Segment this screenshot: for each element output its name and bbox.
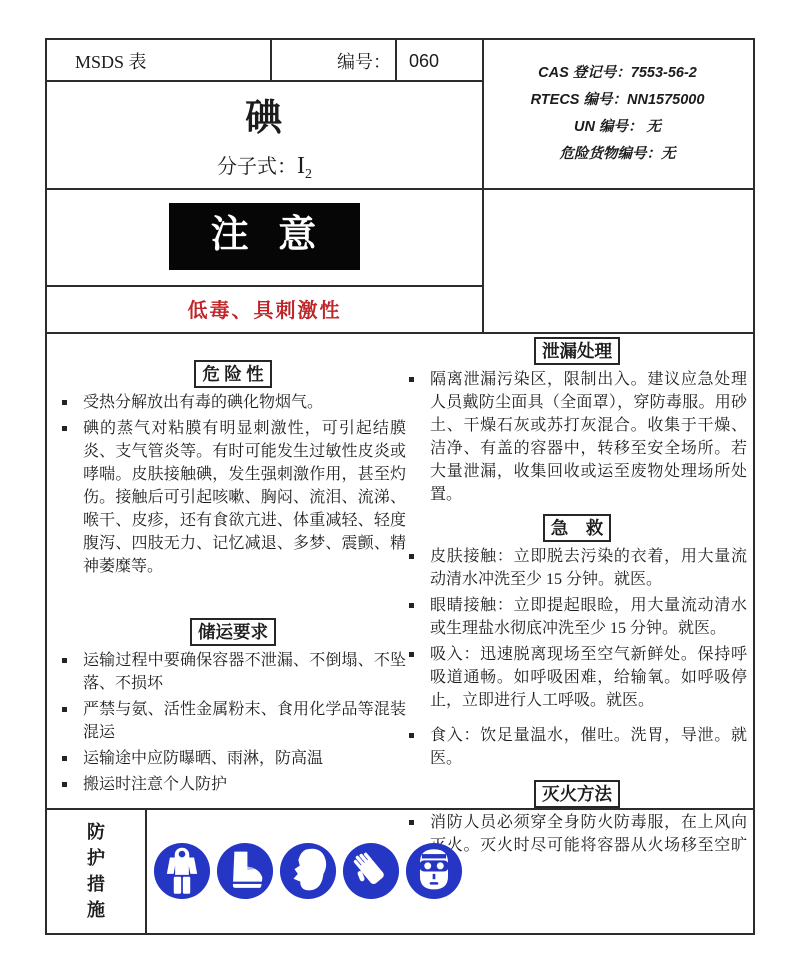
list-item: 碘的蒸气对粘膜有明显刺激性，可引起结膜炎、支气管炎等。有时可能发生过敏性皮炎或哮… [60, 417, 406, 578]
protection-label-cell: 防护措施 [47, 808, 145, 933]
list-item: 食入：饮足量温水，催吐。洗胃，导泄。就医。 [407, 724, 747, 770]
rtecs-number-line: RTECS 编号：NN1575000 [531, 87, 705, 114]
face-protection-icon [279, 842, 337, 900]
list-item: 皮肤接触：立即脱去污染的衣着，用大量流动清水冲洗至少 15 分钟。就医。 [407, 545, 747, 591]
content-area: 危 险 性 受热分解放出有毒的碘化物烟气。 碘的蒸气对粘膜有明显刺激性，可引起结… [47, 334, 753, 808]
safety-boots-icon [216, 842, 274, 900]
divider [47, 188, 753, 190]
hazard-note-cell: 低毒、具刺激性 [47, 285, 482, 332]
msds-title-cell: MSDS 表 [47, 40, 270, 82]
formula-symbol: I [297, 153, 305, 179]
registry-block: CAS 登记号：7553-56-2 RTECS 编号：NN1575000 UN … [482, 40, 753, 188]
formula-label: 分子式： [217, 156, 297, 178]
storage-section-header-wrap: 储运要求 [60, 618, 406, 646]
caution-banner: 注 意 [169, 203, 361, 271]
molecular-formula: 分子式：I2 [217, 150, 312, 183]
un-number-line: UN 编号： 无 [574, 114, 661, 141]
divider [270, 40, 272, 82]
first-aid-section-header: 急 救 [543, 514, 612, 542]
goggles-icon [405, 842, 463, 900]
chemical-name: 碘 [245, 87, 284, 141]
msds-sheet-page: MSDS 表 编号： 060 CAS 登记号：7553-56-2 RTECS 编… [0, 0, 799, 966]
divider [482, 40, 484, 334]
list-item: 受热分解放出有毒的碘化物烟气。 [60, 391, 406, 414]
divider [47, 808, 753, 810]
caution-cell: 注 意 [47, 188, 482, 285]
list-item: 严禁与氨、活性金属粉末、食用化学品等混装混运 [60, 698, 406, 744]
serial-value-cell: 060 [395, 40, 482, 82]
hazard-note: 低毒、具刺激性 [188, 294, 342, 323]
list-item: 搬运时注意个人防护 [60, 773, 406, 796]
serial-value: 060 [409, 51, 439, 72]
protection-label: 防护措施 [85, 819, 107, 923]
first-aid-section-header-wrap: 急 救 [407, 514, 747, 542]
leak-section-header: 泄漏处理 [534, 337, 620, 365]
formula-subscript: 2 [305, 167, 312, 182]
hazards-section-header: 危 险 性 [194, 360, 271, 388]
storage-section-header: 储运要求 [190, 618, 276, 646]
fire-section-header: 灭火方法 [534, 780, 620, 808]
fire-section-header-wrap: 灭火方法 [407, 780, 747, 808]
list-item: 吸入：迅速脱离现场至空气新鲜处。保持呼吸道通畅。如呼吸困难，给输氧。如呼吸停止，… [407, 643, 747, 712]
msds-table: MSDS 表 编号： 060 CAS 登记号：7553-56-2 RTECS 编… [45, 38, 755, 935]
list-item: 运输途中应防曝晒、雨淋，防高温 [60, 747, 406, 770]
divider [47, 332, 753, 334]
divider [47, 80, 482, 82]
list-item: 隔离泄漏污染区，限制出入。建议应急处理人员戴防尘面具（全面罩），穿防毒服。用砂土… [407, 368, 747, 506]
msds-label: MSDS 表 [75, 48, 147, 74]
gloves-icon [342, 842, 400, 900]
divider [395, 40, 397, 82]
serial-label: 编号： [337, 48, 391, 74]
leak-section-header-wrap: 泄漏处理 [407, 337, 747, 365]
divider [47, 285, 482, 287]
protective-suit-icon [153, 842, 211, 900]
protection-icons-cell [145, 808, 753, 933]
divider [145, 808, 147, 933]
list-item: 运输过程中要确保容器不泄漏、不倒塌、不坠落、不损坏 [60, 649, 406, 695]
right-column: 泄漏处理 隔离泄漏污染区，限制出入。建议应急处理人员戴防尘面具（全面罩），穿防毒… [407, 334, 747, 883]
left-column: 危 险 性 受热分解放出有毒的碘化物烟气。 碘的蒸气对粘膜有明显刺激性，可引起结… [60, 334, 406, 799]
chemical-title-cell: 碘 分子式：I2 [47, 82, 482, 188]
cas-number-line: CAS 登记号：7553-56-2 [538, 60, 697, 87]
hazards-section-header-wrap: 危 险 性 [60, 360, 406, 388]
serial-label-cell: 编号： [270, 40, 395, 82]
dg-number-line: 危险货物编号：无 [560, 141, 676, 168]
empty-cell [482, 188, 753, 332]
list-item: 眼睛接触：立即提起眼睑，用大量流动清水或生理盐水彻底冲洗至少 15 分钟。就医。 [407, 594, 747, 640]
